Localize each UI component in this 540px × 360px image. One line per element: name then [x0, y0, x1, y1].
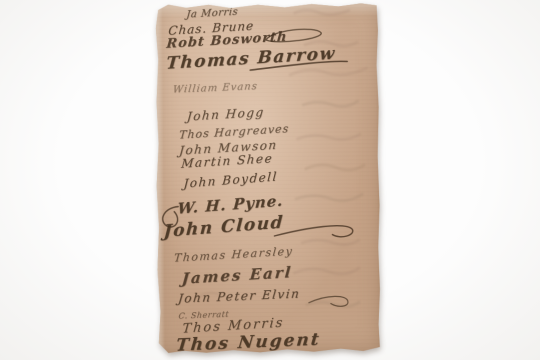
signature-john-boydell: John Boydell: [183, 169, 278, 190]
verso-mark-9: [295, 268, 359, 274]
scan-background: Ja MorrisChas. BruneRobt BosworthThomas …: [0, 0, 540, 360]
signature-thomas-hearsley: Thomas Hearsley: [173, 245, 293, 265]
verso-mark-8: [302, 240, 358, 245]
autograph-page: Ja MorrisChas. BruneRobt BosworthThomas …: [155, 2, 381, 354]
signature-john-hogg: John Hogg: [186, 105, 265, 124]
verso-mark-3: [290, 68, 366, 75]
signature-james-earl: James Earl: [181, 263, 293, 288]
verso-mark-4: [303, 101, 357, 106]
signature-william-evans: William Evans: [172, 81, 258, 96]
signature-john-peter-elvin: John Peter Elvin: [177, 287, 301, 306]
verso-mark-7: [296, 194, 362, 201]
signature-ja-morris: Ja Morris: [186, 6, 239, 20]
autograph-page-surface: Ja MorrisChas. BruneRobt BosworthThomas …: [155, 2, 381, 354]
elvin-end-tail: [309, 296, 348, 306]
verso-mark-6: [306, 165, 364, 171]
verso-mark-5: [298, 134, 360, 139]
verso-mark-1: [295, 10, 349, 15]
verso-mark-10: [307, 302, 359, 307]
cloud-end-swirl: [274, 226, 352, 238]
